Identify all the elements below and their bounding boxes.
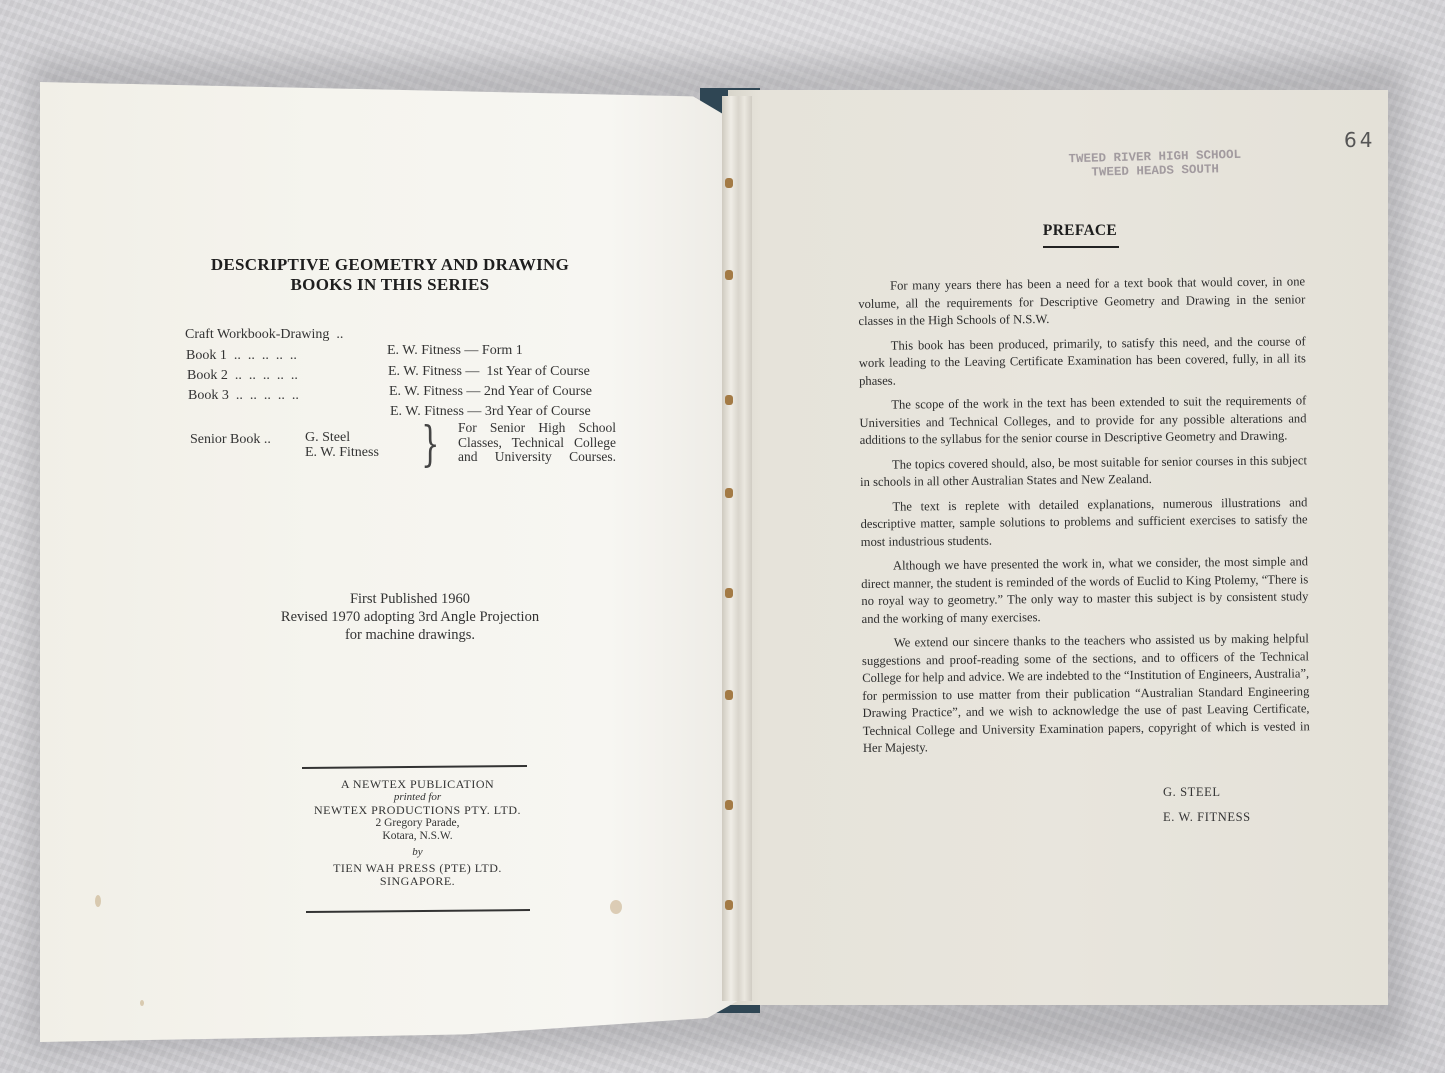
binding-stitch [725,178,733,188]
senior-book-label: Senior Book .. [190,432,271,448]
publisher-block: A NEWTEX PUBLICATION printed for NEWTEX … [300,778,535,888]
publication-history: First Published 1960 Revised 1970 adopti… [265,590,555,644]
book-title: Book 3 .. .. .. .. .. [188,388,299,404]
publisher-line: by [300,846,535,859]
note-line: Classes, Technical College [458,436,616,451]
history-line: Revised 1970 adopting 3rd Angle Projecti… [265,608,555,626]
page-number: 64 [1344,128,1375,152]
preface-paragraph: For many years there has been a need for… [858,273,1306,330]
note-line: For Senior High School [458,421,616,436]
foxing-spot [95,895,101,907]
series-heading: DESCRIPTIVE GEOMETRY AND DRAWING BOOKS I… [180,255,600,295]
binding-stitch [725,588,733,598]
preface-paragraph: Although we have presented the work in, … [861,553,1309,628]
publisher-line: 2 Gregory Parade, [300,817,535,830]
book-author: E. W. Fitness — 2nd Year of Course [389,384,592,400]
binding-stitch [725,690,733,700]
signatories: G. STEEL E. W. FITNESS [1163,780,1251,830]
preface-underline [1043,246,1119,248]
left-page [40,82,750,1042]
brace-symbol: } [421,420,439,468]
binding-stitch [725,270,733,280]
publisher-line: SINGAPORE. [300,875,535,888]
series-list-item: Book 3 .. .. .. .. .. E. W. Fitness — 3r… [188,372,195,420]
author-name: G. Steel [305,430,379,445]
publisher-line: A NEWTEX PUBLICATION [300,778,535,791]
foxing-spot [140,1000,144,1006]
book-title: Book 2 .. .. .. .. .. [187,368,298,384]
publisher-line: Kotara, N.S.W. [300,830,535,843]
senior-book-note: For Senior High School Classes, Technica… [458,421,616,465]
book-author: E. W. Fitness — Form 1 [387,343,523,359]
publisher-line: NEWTEX PRODUCTIONS PTY. LTD. [300,804,535,817]
series-heading-line: BOOKS IN THIS SERIES [180,275,600,295]
preface-paragraph: This book has been produced, primarily, … [859,333,1307,390]
preface-paragraph: The scope of the work in the text has be… [859,392,1307,449]
book-title: Craft Workbook-Drawing .. [185,327,343,343]
book-author: E. W. Fitness — 3rd Year of Course [390,404,591,420]
series-heading-line: DESCRIPTIVE GEOMETRY AND DRAWING [180,255,600,275]
signatory: G. STEEL [1163,780,1251,805]
binding-stitch [725,900,733,910]
preface-paragraph: We extend our sincere thanks to the teac… [862,630,1310,757]
author-name: E. W. Fitness [305,445,379,460]
binding-stitch [725,395,733,405]
binding-stitch [725,488,733,498]
preface-title: PREFACE [1040,222,1120,240]
preface-paragraph: The text is replete with detailed explan… [860,494,1308,551]
senior-book-authors: G. Steel E. W. Fitness [305,430,379,460]
foxing-spot [610,900,622,914]
signatory: E. W. FITNESS [1163,805,1251,830]
preface-body: For many years there has been a need for… [858,273,1310,764]
history-line: First Published 1960 [265,590,555,608]
book-author: E. W. Fitness — 1st Year of Course [388,364,590,380]
book-gutter [722,96,752,1001]
library-stamp: TWEED RIVER HIGH SCHOOL TWEED HEADS SOUT… [1050,147,1261,180]
preface-paragraph: The topics covered should, also, be most… [860,452,1307,492]
binding-stitch [725,800,733,810]
book-title: Book 1 .. .. .. .. .. [186,348,297,364]
history-line: for machine drawings. [265,626,555,644]
note-line: and University Courses. [458,450,616,465]
